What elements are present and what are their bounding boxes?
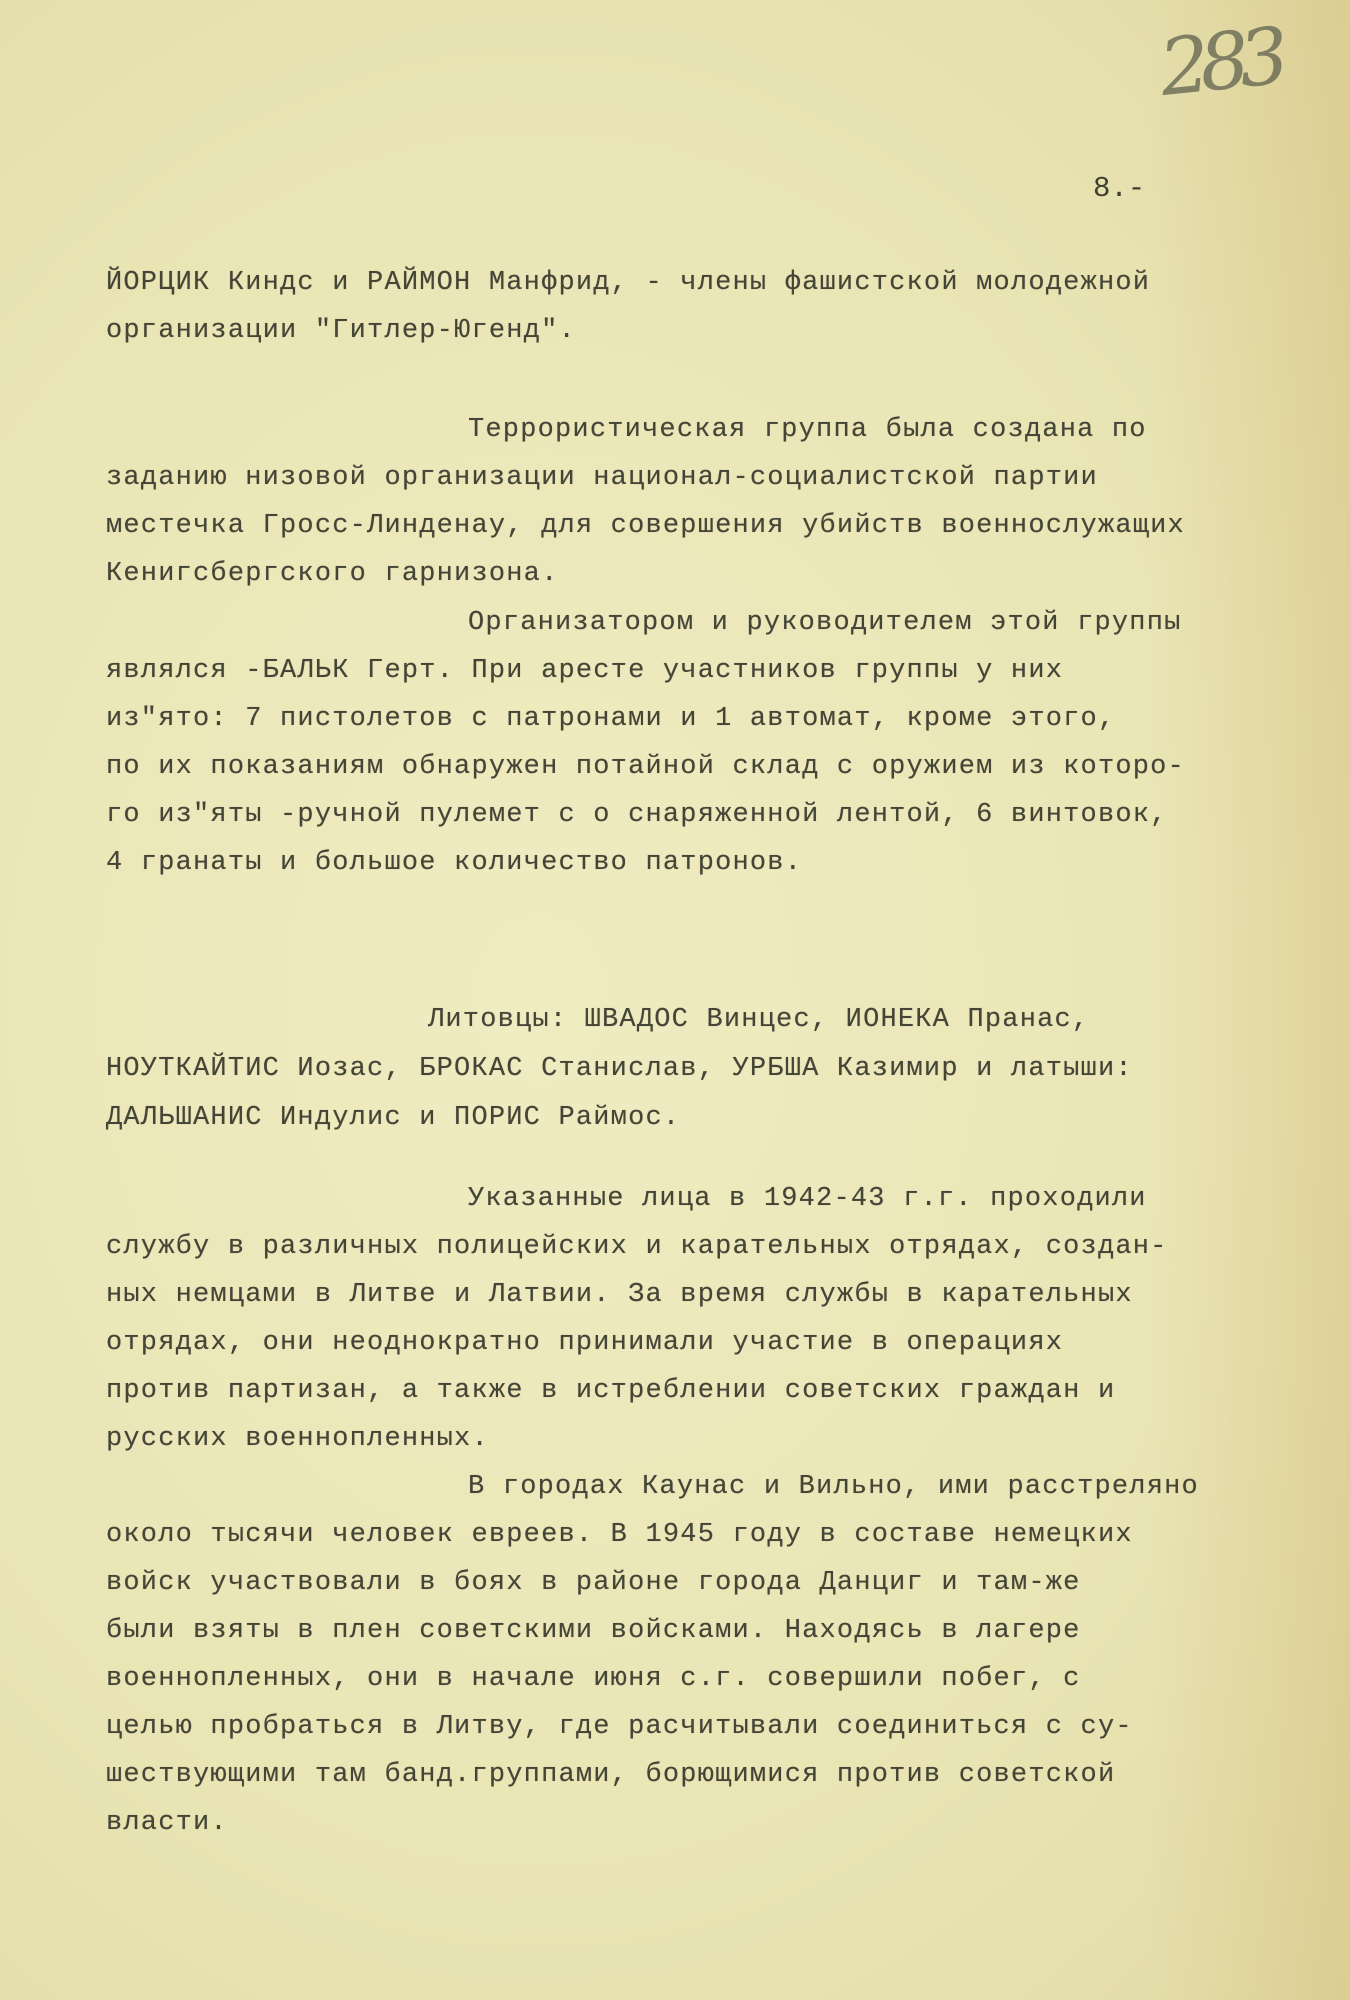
text-line: службу в различных полицейских и карател… (106, 1232, 1168, 1262)
text-line: шествующими там банд.группами, борющимис… (106, 1760, 1115, 1790)
document-page: 283 8.- ЙОРЦИК Киндс и РАЙМОН Манфрид, -… (0, 0, 1350, 2000)
text-line: Организатором и руководителем этой групп… (468, 608, 1182, 638)
text-line: Террористическая группа была создана по (468, 415, 1147, 445)
handwritten-folio-number: 283 (1156, 12, 1284, 114)
text-line: против партизан, а также в истреблении с… (106, 1376, 1115, 1406)
text-line: Кенигсбергского гарнизона. (106, 559, 558, 589)
page-number: 8.- (1093, 172, 1145, 205)
text-line: ЙОРЦИК Киндс и РАЙМОН Манфрид, - члены ф… (106, 268, 1150, 298)
text-line: го из"яты -ручной пулемет с о снаряженно… (106, 800, 1168, 830)
text-line: Указанные лица в 1942-43 г.г. проходили (468, 1184, 1147, 1214)
text-line: из"ято: 7 пистолетов с патронами и 1 авт… (106, 704, 1115, 734)
text-line: целью пробраться в Литву, где расчитывал… (106, 1712, 1133, 1742)
text-line: отрядах, они неоднократно принимали учас… (106, 1328, 1063, 1358)
text-line: ДАЛЬШАНИС Индулис и ПОРИС Раймос. (106, 1103, 680, 1133)
text-line: ных немцами в Литве и Латвии. За время с… (106, 1280, 1133, 1310)
text-line: по их показаниям обнаружен потайной скла… (106, 752, 1185, 782)
text-line: были взяты в плен советскими войсками. Н… (106, 1616, 1081, 1646)
text-line: 4 гранаты и большое количество патронов. (106, 848, 802, 878)
text-line: войск участвовали в боях в районе города… (106, 1568, 1081, 1598)
text-line: являлся -БАЛЬК Герт. При аресте участник… (106, 656, 1063, 686)
text-line: русских военнопленных. (106, 1424, 489, 1454)
text-line: В городах Каунас и Вильно, ими расстреля… (468, 1472, 1199, 1502)
text-line: организации "Гитлер-Югенд". (106, 316, 576, 346)
text-line: около тысячи человек евреев. В 1945 году… (106, 1520, 1133, 1550)
text-line: Литовцы: ШВАДОС Винцес, ИОНЕКА Пранас, (428, 1005, 1089, 1035)
text-line: НОУТКАЙТИС Иозас, БРОКАС Станислав, УРБШ… (106, 1054, 1133, 1084)
text-line: власти. (106, 1808, 228, 1838)
text-line: военнопленных, они в начале июня с.г. со… (106, 1664, 1081, 1694)
text-line: местечка Гросс-Линденау, для совершения … (106, 511, 1185, 541)
text-line: заданию низовой организации национал-соц… (106, 463, 1098, 493)
